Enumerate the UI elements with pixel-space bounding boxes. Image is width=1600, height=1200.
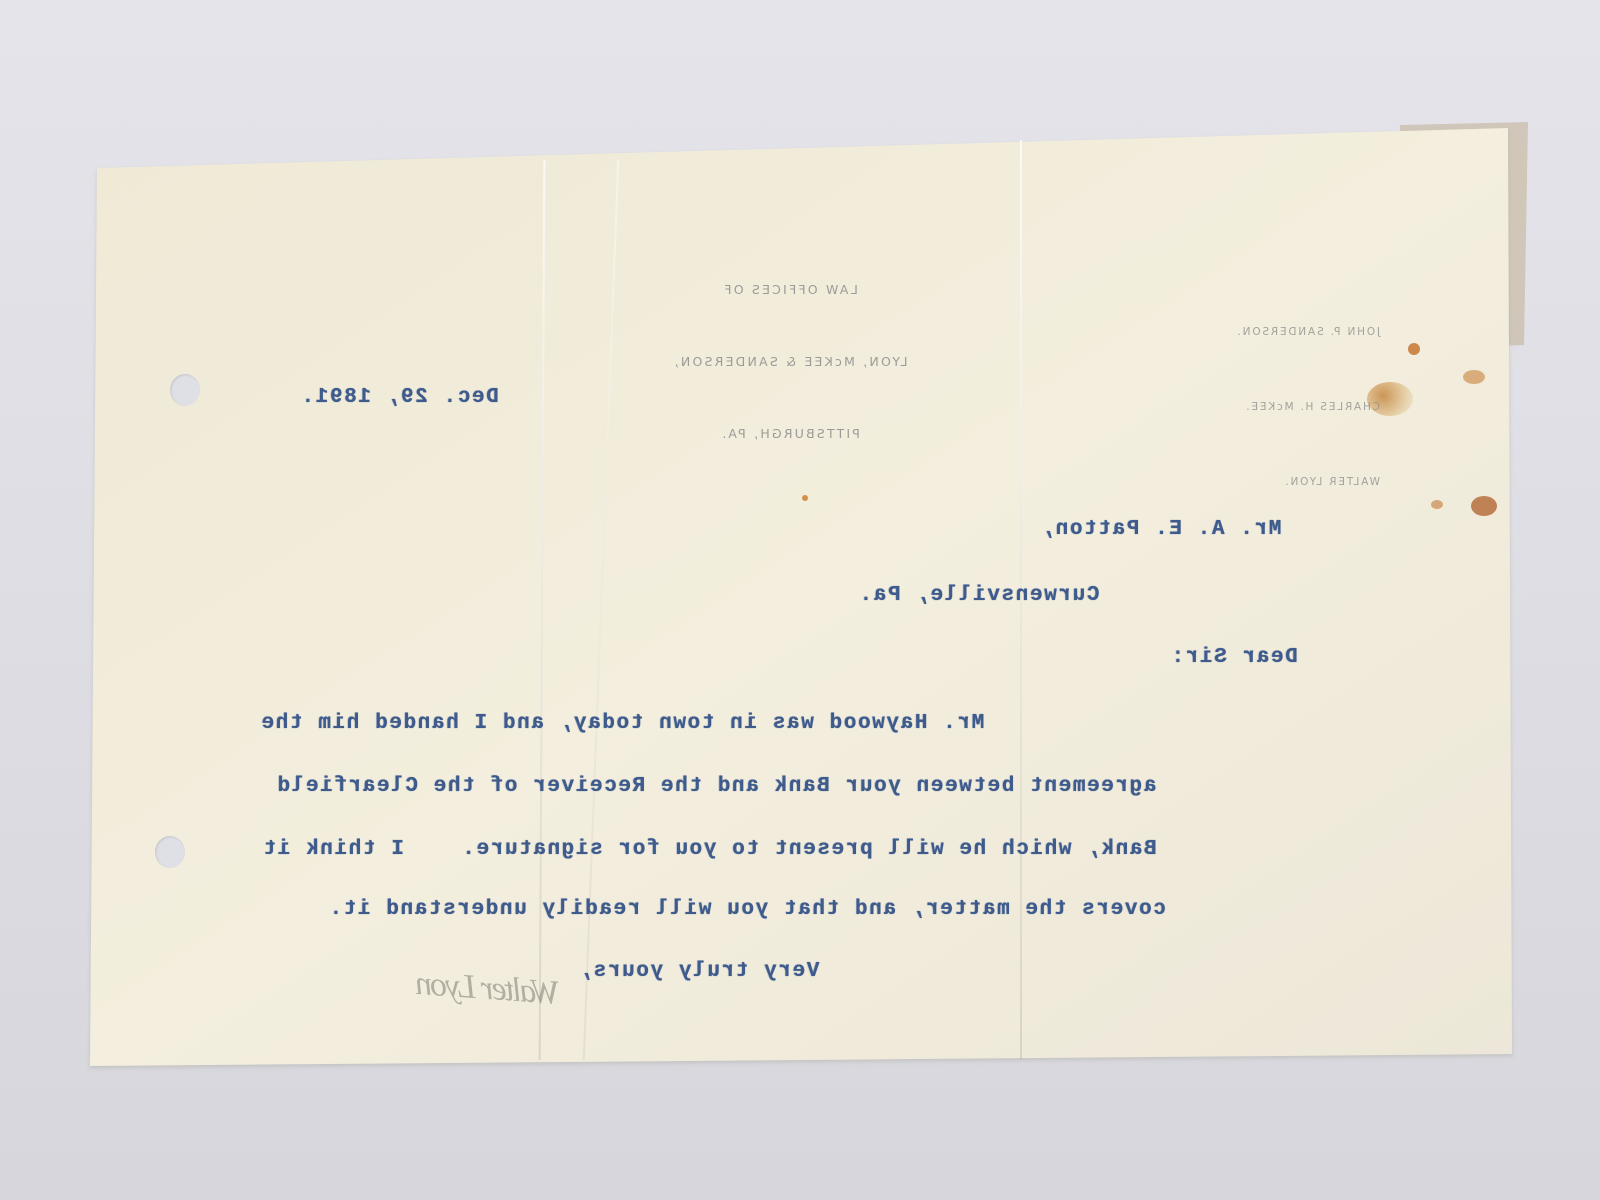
letter-date: Dec. 29, 1891.: [300, 386, 550, 409]
body-line-2: agreement between your Bank and the Rece…: [276, 775, 1326, 798]
foxing-stain: [1431, 500, 1443, 509]
letterhead-line-2: LYON, McKEE & SANDERSON,: [640, 350, 940, 374]
partners-list: JOHN P. SANDERSON. CHARLES H. McKEE. WAL…: [1210, 270, 1380, 545]
paper-sheet: [0, 0, 1600, 1200]
body-line-1: Mr. Haywood was in town today, and I han…: [260, 712, 1130, 735]
punch-hole: [170, 374, 200, 406]
foxing-stain: [802, 495, 808, 501]
punch-hole: [155, 836, 185, 868]
recipient-city: Curwensville, Pa.: [858, 584, 1148, 607]
letterhead: LAW OFFICES OF LYON, McKEE & SANDERSON, …: [640, 230, 940, 494]
partner-name: WALTER LYON.: [1210, 470, 1380, 495]
body-line-4: covers the matter, and that you will rea…: [328, 898, 1328, 921]
letterhead-line-3: PITTSBURGH, PA.: [640, 422, 940, 446]
foxing-stain: [1408, 343, 1420, 355]
foxing-stain: [1471, 496, 1497, 516]
body-line-3: Bank, which he will present to you for s…: [262, 838, 1330, 861]
recipient-name: Mr. A. E. Patton,: [1040, 518, 1320, 541]
partner-name: CHARLES H. McKEE.: [1210, 395, 1380, 420]
partner-name: JOHN P. SANDERSON.: [1210, 320, 1380, 345]
salutation: Dear Sir:: [1170, 646, 1330, 669]
letterhead-line-1: LAW OFFICES OF: [640, 278, 940, 302]
closing: Very truly yours,: [578, 960, 868, 983]
foxing-stain: [1463, 370, 1485, 384]
letter-photo: LAW OFFICES OF LYON, McKEE & SANDERSON, …: [0, 0, 1600, 1200]
